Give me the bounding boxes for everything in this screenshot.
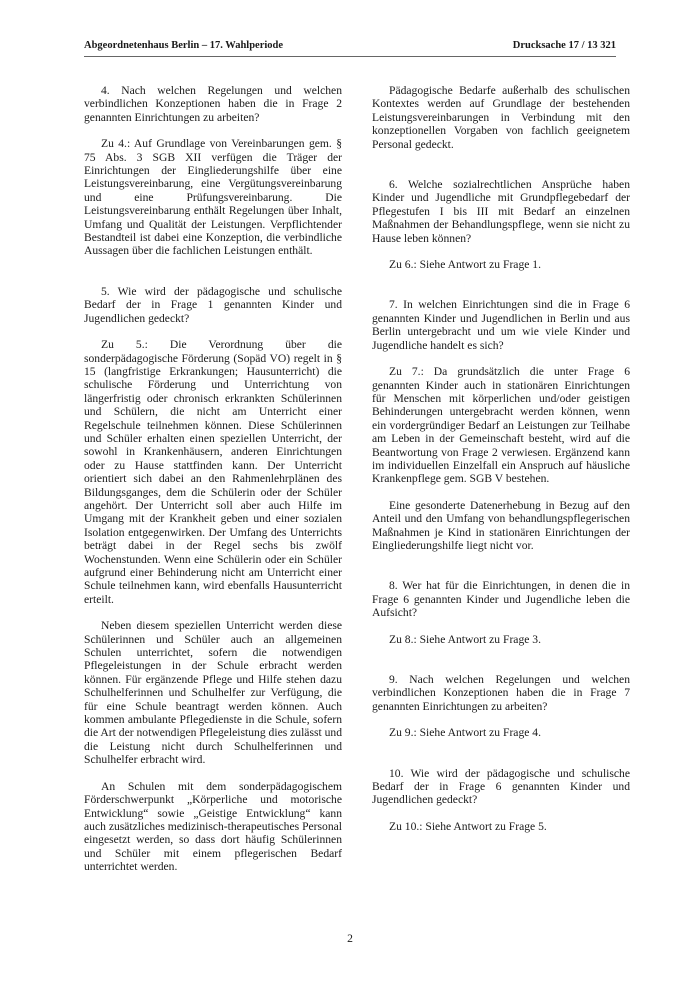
page-number: 2: [0, 932, 700, 945]
right-column: Pädagogische Bedarfe außerhalb des schul…: [372, 84, 630, 833]
answer-7: Zu 7.: Da grundsätzlich die unter Frage …: [372, 365, 630, 486]
header-rule: [84, 56, 616, 57]
question-9: 9. Nach welchen Regelungen und welchen v…: [372, 673, 630, 713]
answer-5-paragraph-4: Pädagogische Bedarfe außerhalb des schul…: [372, 84, 630, 151]
answer-7-paragraph-2: Eine gesonderte Datenerhebung in Bezug a…: [372, 499, 630, 553]
question-6: 6. Welche sozialrechtlichen Ansprüche ha…: [372, 178, 630, 245]
header-left: Abgeordnetenhaus Berlin – 17. Wahlperiod…: [84, 40, 283, 56]
answer-4: Zu 4.: Auf Grundlage von Vereinbarungen …: [84, 137, 342, 258]
answer-5: Zu 5.: Die Verordnung über die sonderpäd…: [84, 338, 342, 606]
question-7: 7. In welchen Einrichtungen sind die in …: [372, 298, 630, 352]
answer-5-paragraph-3: An Schulen mit dem sonderpädagogischem F…: [84, 780, 342, 874]
question-5: 5. Wie wird der pädagogische und schulis…: [84, 285, 342, 325]
running-header: Abgeordnetenhaus Berlin – 17. Wahlperiod…: [84, 40, 616, 56]
answer-8: Zu 8.: Siehe Antwort zu Frage 3.: [372, 633, 630, 646]
answer-9: Zu 9.: Siehe Antwort zu Frage 4.: [372, 726, 630, 739]
question-8: 8. Wer hat für die Einrichtungen, in den…: [372, 579, 630, 619]
answer-10: Zu 10.: Siehe Antwort zu Frage 5.: [372, 820, 630, 833]
question-10: 10. Wie wird der pädagogische und schuli…: [372, 767, 630, 807]
question-4: 4. Nach welchen Regelungen und welchen v…: [84, 84, 342, 124]
header-right: Drucksache 17 / 13 321: [513, 40, 616, 56]
answer-5-paragraph-2: Neben diesem speziellen Unterricht werde…: [84, 619, 342, 766]
left-column: 4. Nach welchen Regelungen und welchen v…: [84, 84, 342, 874]
answer-6: Zu 6.: Siehe Antwort zu Frage 1.: [372, 258, 630, 271]
